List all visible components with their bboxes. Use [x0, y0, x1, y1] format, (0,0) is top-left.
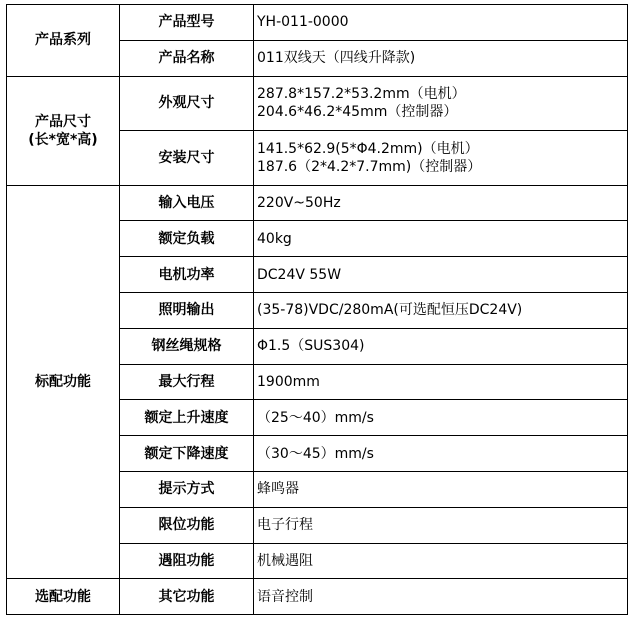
row-label-input-voltage: 输入电压: [120, 185, 254, 221]
row-label-obstruction-function: 遇阻功能: [120, 543, 254, 579]
value-line: 204.6*46.2*45mm（控制器）: [257, 103, 627, 121]
row-value-name: 011双线天（四线升降款): [254, 40, 628, 76]
row-value-rated-load: 40kg: [254, 221, 628, 257]
row-value-max-travel: 1900mm: [254, 364, 628, 400]
row-label-model: 产品型号: [120, 5, 254, 41]
row-value-obstruction-function: 机械遇阻: [254, 543, 628, 579]
row-value-model: YH-011-0000: [254, 5, 628, 41]
group-label: 选配功能: [35, 589, 91, 605]
row-value-alert-mode: 蜂鸣器: [254, 471, 628, 507]
value-line: 287.8*157.2*53.2mm（电机）: [257, 85, 627, 103]
row-value-other-functions: 语音控制: [254, 579, 628, 615]
row-label-alert-mode: 提示方式: [120, 471, 254, 507]
row-label-other-functions: 其它功能: [120, 579, 254, 615]
group-label: 产品系列: [35, 32, 91, 48]
value-line: 141.5*62.9(5*Φ4.2mm)（电机）: [257, 140, 627, 158]
row-label-wire-rope-spec: 钢丝绳规格: [120, 328, 254, 364]
table-row: 选配功能 其它功能 语音控制: [7, 579, 628, 615]
group-standard-features: 标配功能: [7, 185, 120, 579]
group-product-dimensions: 产品尺寸 (长*宽*高): [7, 76, 120, 185]
row-label-name: 产品名称: [120, 40, 254, 76]
value-line: YH-011-0000: [257, 13, 627, 31]
row-value-lighting-output: (35-78)VDC/280mA(可选配恒压DC24V): [254, 292, 628, 328]
group-label: 标配功能: [35, 374, 91, 390]
group-sublabel: (长*宽*高): [7, 131, 119, 149]
row-label-limit-function: 限位功能: [120, 507, 254, 543]
row-label-descent-speed: 额定下降速度: [120, 436, 254, 472]
row-value-descent-speed: （30～45）mm/s: [254, 436, 628, 472]
group-product-series: 产品系列: [7, 5, 120, 77]
row-value-outer-size: 287.8*157.2*53.2mm（电机） 204.6*46.2*45mm（控…: [254, 76, 628, 131]
row-value-wire-rope-spec: Φ1.5（SUS304): [254, 328, 628, 364]
value-line: 011双线天（四线升降款): [257, 49, 627, 67]
row-label-motor-power: 电机功率: [120, 257, 254, 293]
row-label-rated-load: 额定负载: [120, 221, 254, 257]
row-value-rise-speed: （25～40）mm/s: [254, 400, 628, 436]
table-row: 标配功能 输入电压 220V~50Hz: [7, 185, 628, 221]
product-spec-table: 产品系列 产品型号 YH-011-0000 产品名称 011双线天（四线升降款)…: [6, 4, 628, 615]
group-optional-features: 选配功能: [7, 579, 120, 615]
row-value-input-voltage: 220V~50Hz: [254, 185, 628, 221]
row-label-install-size: 安装尺寸: [120, 131, 254, 186]
row-value-limit-function: 电子行程: [254, 507, 628, 543]
table-row: 产品系列 产品型号 YH-011-0000: [7, 5, 628, 41]
row-value-install-size: 141.5*62.9(5*Φ4.2mm)（电机） 187.6（2*4.2*7.7…: [254, 131, 628, 186]
table-row: 产品尺寸 (长*宽*高) 外观尺寸 287.8*157.2*53.2mm（电机）…: [7, 76, 628, 131]
value-line: 187.6（2*4.2*7.7mm)（控制器）: [257, 158, 627, 176]
row-label-lighting-output: 照明输出: [120, 292, 254, 328]
row-value-motor-power: DC24V 55W: [254, 257, 628, 293]
row-label-rise-speed: 额定上升速度: [120, 400, 254, 436]
row-label-max-travel: 最大行程: [120, 364, 254, 400]
group-label: 产品尺寸: [7, 113, 119, 131]
row-label-outer-size: 外观尺寸: [120, 76, 254, 131]
